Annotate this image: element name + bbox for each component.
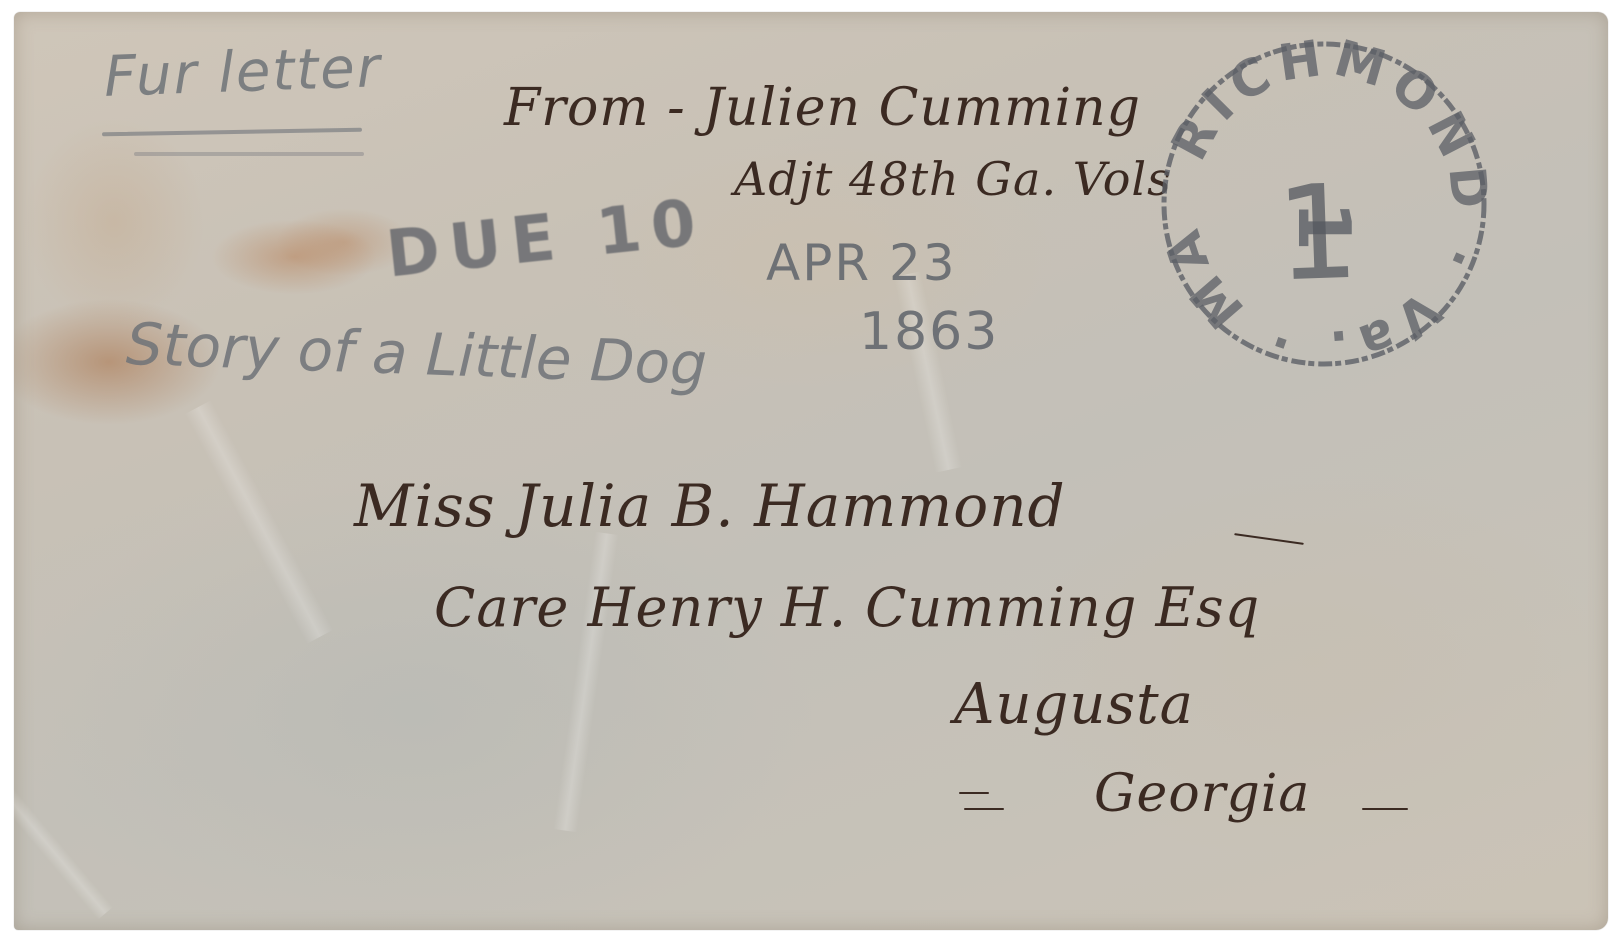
state-dash-left-2 [964, 808, 1004, 810]
pencil-underline [102, 128, 362, 137]
addressee-care-of: Care Henry H. Cumming Esq [434, 576, 1260, 639]
pencil-date-month-day: APR 23 [766, 234, 957, 292]
pencil-underline [134, 152, 364, 156]
addressee-state: Georgia [1094, 764, 1310, 824]
sender-line-2: Adjt 48th Ga. Vols [734, 152, 1172, 206]
state-dash-left [959, 792, 989, 794]
state-dash-right [1362, 808, 1408, 810]
due-handstamp: DUE 10 [383, 185, 709, 292]
sender-line-1: From - Julien Cumming [504, 78, 1141, 138]
envelope: Fur letter DUE 10 From - Julien Cumming … [14, 12, 1608, 930]
postmark-rating-mark: 1 [1273, 156, 1361, 311]
addressee-name: Miss Julia B. Hammond [354, 472, 1066, 540]
paper-crease [0, 784, 113, 919]
pencil-date-year: 1863 [859, 302, 999, 362]
pencil-note-top-left: Fur letter [103, 35, 383, 110]
paper-crease [185, 400, 334, 644]
addressee-city: Augusta [954, 672, 1194, 737]
name-flourish [1234, 533, 1304, 545]
pencil-story-label: Story of a Little Dog [125, 310, 708, 398]
